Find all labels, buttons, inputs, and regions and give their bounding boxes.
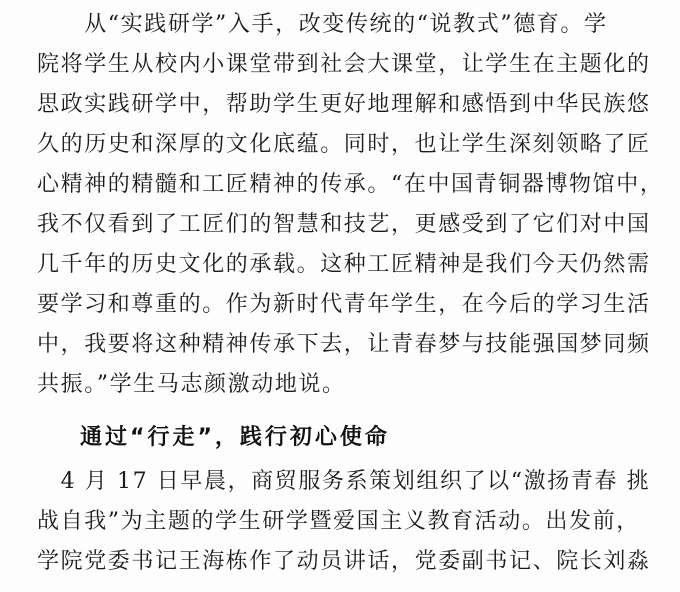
text-line: 心精神的精髓和工匠精神的传承。“在中国青铜器博物馆中， [37,165,637,205]
text-line: 学院党委书记王海栋作了动员讲话，党委副书记、院长刘淼 [37,542,637,582]
text-line: 院将学生从校内小课堂带到社会大课堂，让学生在主题化的 [37,45,637,85]
text-line: 思政实践研学中，帮助学生更好地理解和感悟到中华民族悠 [37,85,637,125]
text-line: 战自我”为主题的学生研学暨爱国主义教育活动。出发前， [37,502,637,542]
paragraph-walking-activity: 4 月 17 日早晨，商贸服务系策划组织了以“激扬青春 挑 战自我”为主题的学生… [37,462,637,582]
text-line: 久的历史和深厚的文化底蕴。同时，也让学生深刻领略了匠 [37,125,637,165]
text-line: 从“实践研学”入手，改变传统的“说教式”德育。学 [37,5,637,45]
section-heading: 通过“行走”，践行初心使命 [80,418,390,458]
paragraph-practice-study: 从“实践研学”入手，改变传统的“说教式”德育。学 院将学生从校内小课堂带到社会大… [37,5,637,405]
text-line: 要学习和尊重的。作为新时代青年学生，在今后的学习生活 [37,285,637,325]
text-line: 我不仅看到了工匠们的智慧和技艺，更感受到了它们对中国 [37,205,637,245]
document-page: 从“实践研学”入手，改变传统的“说教式”德育。学 院将学生从校内小课堂带到社会大… [0,0,680,592]
text-line: 4 月 17 日早晨，商贸服务系策划组织了以“激扬青春 挑 [37,462,637,502]
text-line: 共振。”学生马志颜激动地说。 [37,365,637,405]
text-line: 中，我要将这种精神传承下去，让青春梦与技能强国梦同频 [37,325,637,365]
text-line: 几千年的历史文化的承载。这种工匠精神是我们今天仍然需 [37,245,637,285]
